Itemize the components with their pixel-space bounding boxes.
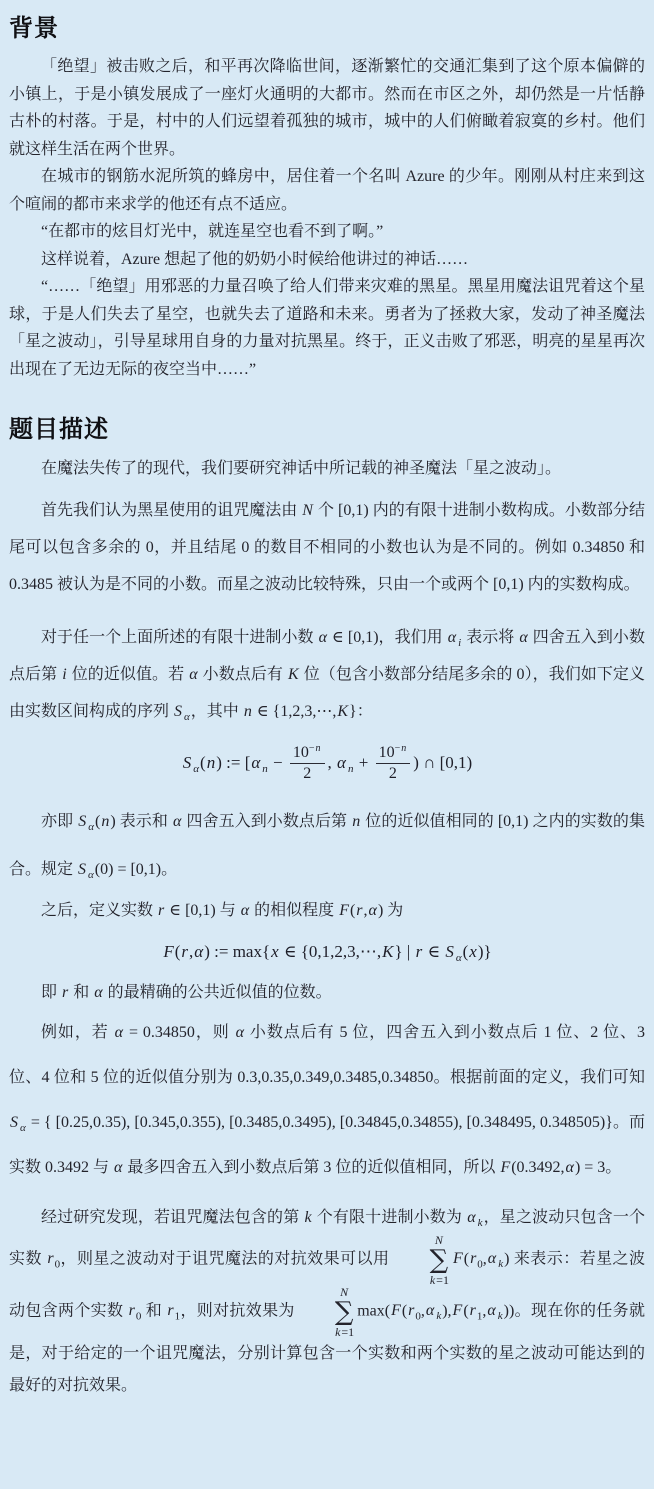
description-paragraph-6: 即 r 和 α 的最精确的公共近似值的位数。 [9, 976, 645, 1010]
section-heading-description: 题目描述 [9, 409, 645, 444]
formula-f-definition: F(r,α) := max{x ∈ {0,1,2,3,⋯,K} | r ∈ Sα… [9, 942, 645, 962]
background-paragraph-3: 这样说着，Azure 想起了他的奶奶小时候给他讲过的神话…… [9, 246, 645, 274]
description-paragraph-8-task: 经过研究发现，若诅咒魔法包含的第 k 个有限十进制小数为 αk，星之波动只包含一… [9, 1202, 645, 1402]
background-paragraph-2: 在城市的钢筋水泥所筑的蜂房中，居住着一个名叫 Azure 的少年。刚刚从村庄来到… [9, 163, 645, 218]
description-paragraph-2: 首先我们认为黑星使用的诅咒魔法由 N 个 [0,1) 内的有限十进制小数构成。小… [9, 492, 645, 603]
description-paragraph-5: 之后，定义实数 r ∈ [0,1) 与 α 的相似程度 F(r,α) 为 [9, 894, 645, 928]
problem-statement-page: 背景 「绝望」被击败之后，和平再次降临世间，逐渐繁忙的交通汇集到了这个原本偏僻的… [0, 0, 654, 1426]
formula-s-alpha-definition: Sα(n) := [αn − 10−n2, αn + 10−n2) ∩ [0,1… [9, 744, 645, 784]
background-paragraph-quote-1: “在都市的炫目灯光中，就连星空也看不到了啊。” [9, 218, 645, 246]
section-heading-background: 背景 [9, 8, 645, 43]
background-paragraph-1: 「绝望」被击败之后，和平再次降临世间，逐渐繁忙的交通汇集到了这个原本偏僻的小镇上… [9, 53, 645, 163]
description-paragraph-3: 对于任一个上面所述的有限十进制小数 α ∈ [0,1)，我们用 αi 表示将 α… [9, 619, 645, 730]
description-paragraph-4: 亦即 Sα(n) 表示和 α 四舍五入到小数点后第 n 位的近似值相同的 [0,… [9, 798, 645, 894]
description-paragraph-1: 在魔法失传了的现代，我们要研究神话中所记载的神圣魔法「星之波动」。 [9, 452, 645, 486]
background-paragraph-quote-2: “……「绝望」用邪恶的力量召唤了给人们带来灾难的黑星。黑星用魔法诅咒着这个星球，… [9, 273, 645, 383]
description-paragraph-7-example: 例如，若 α = 0.34850，则 α 小数点后有 5 位，四舍五入到小数点后… [9, 1010, 645, 1190]
